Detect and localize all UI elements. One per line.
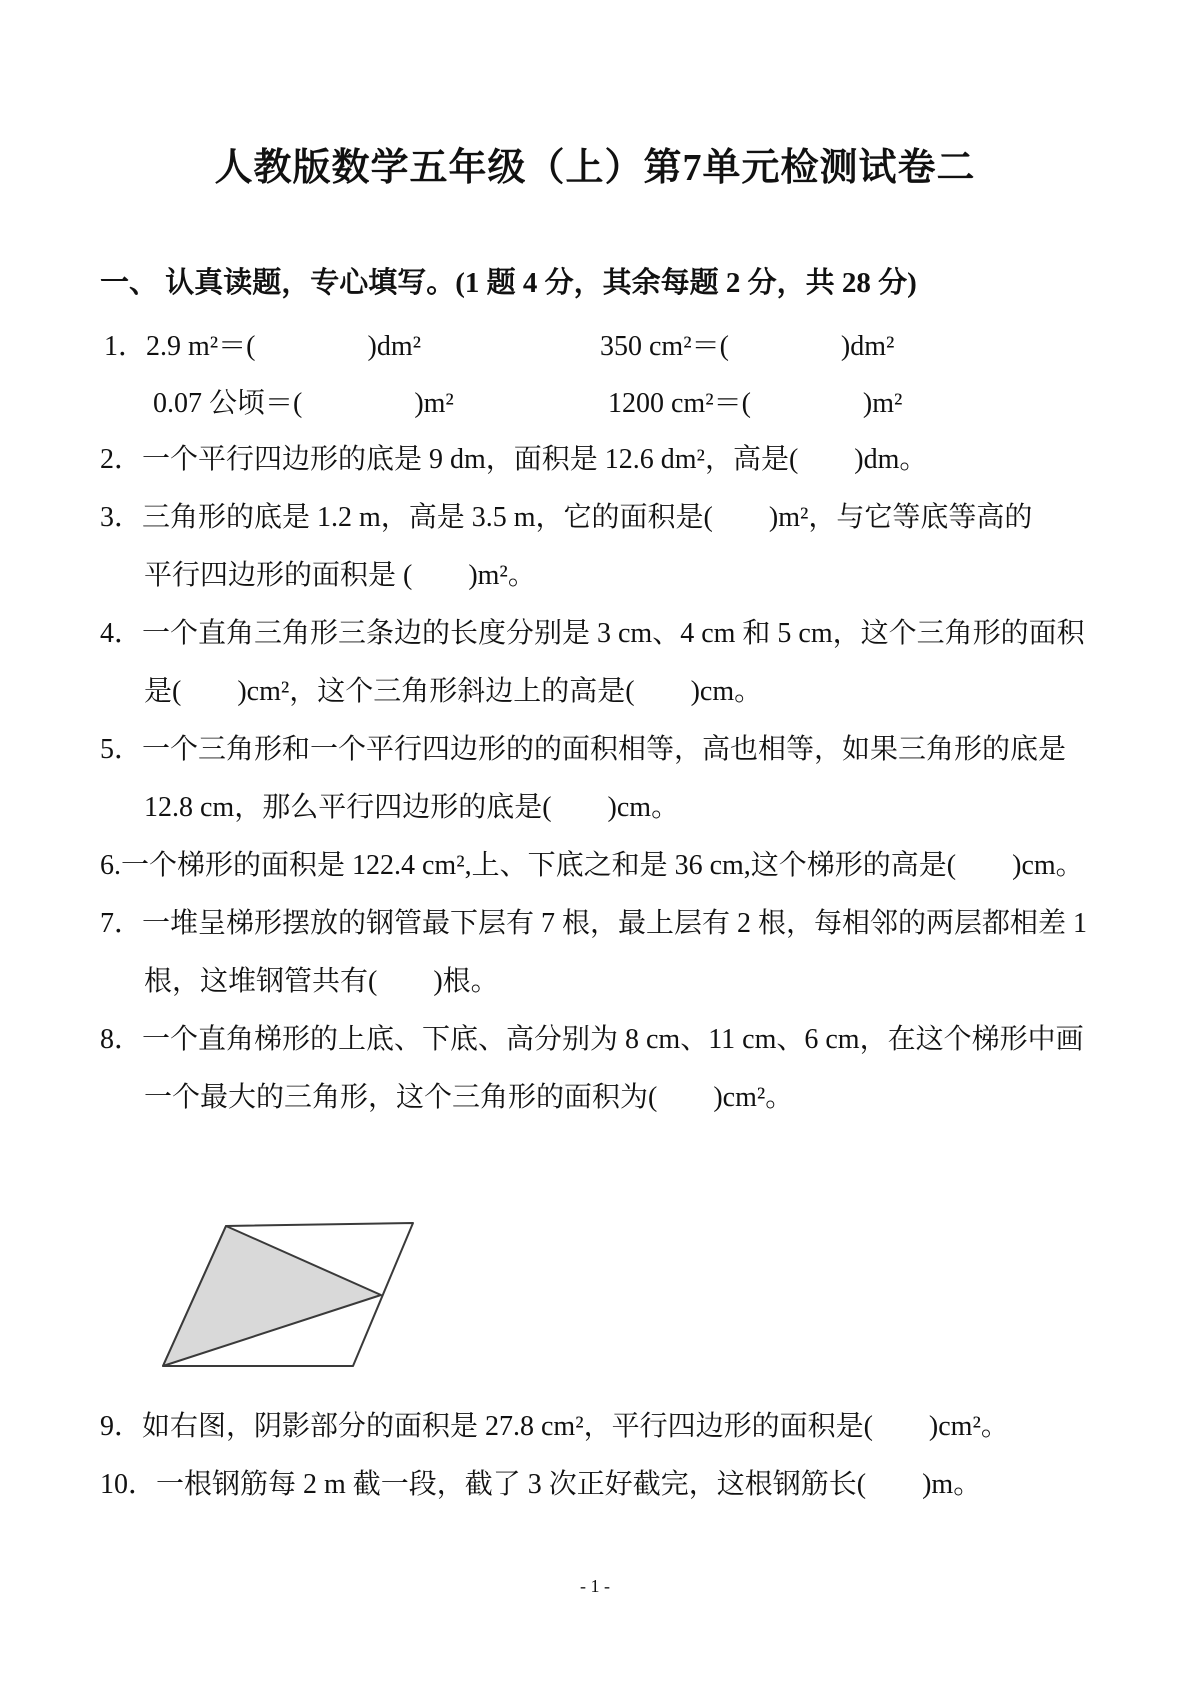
question-8-line-2: 一个最大的三角形，这个三角形的面积为( )cm²。 [144,1081,793,1115]
test-paper-page: 人教版数学五年级（上）第7单元检测试卷二 一、 认真读题，专心填写。(1 题 4… [0,0,1190,1682]
question-1-line-2-right: 1200 cm²＝( )m² [608,387,902,421]
question-1-line-2-left: 0.07 公顷＝( )m² [153,387,454,421]
question-3-line-2: 平行四边形的面积是 ( )m²。 [144,559,536,593]
question-7-line-1: 7．一堆呈梯形摆放的钢管最下层有 7 根，最上层有 2 根，每相邻的两层都相差 … [100,907,1087,941]
question-4-line-1: 4．一个直角三角形三条边的长度分别是 3 cm、4 cm 和 5 cm，这个三角… [100,617,1085,651]
question-9-line-1: 9．如右图，阴影部分的面积是 27.8 cm²，平行四边形的面积是( )cm²。 [100,1410,1009,1444]
question-10-line-1: 10．一根钢筋每 2 m 截一段，截了 3 次正好截完，这根钢筋长( )m。 [100,1468,981,1502]
question-2-line-1: 2．一个平行四边形的底是 9 dm，面积是 12.6 dm²，高是( )dm。 [100,443,927,477]
question-7-line-2: 根，这堆钢管共有( )根。 [144,965,499,999]
question-9-figure [148,1216,438,1376]
page-number: - 1 - [0,1576,1190,1597]
question-3-line-1: 3．三角形的底是 1.2 m，高是 3.5 m，它的面积是( )m²，与它等底等… [100,501,1032,535]
question-6-line-1: 6.一个梯形的面积是 122.4 cm²,上、下底之和是 36 cm,这个梯形的… [100,849,1084,883]
parallelogram-figure-svg [148,1216,438,1376]
question-1-line-1-left: 1．2.9 m²＝( )dm² [104,330,421,364]
page-title: 人教版数学五年级（上）第7单元检测试卷二 [0,136,1190,191]
question-5-line-2: 12.8 cm，那么平行四边形的底是( )cm。 [144,791,679,825]
question-8-line-1: 8．一个直角梯形的上底、下底、高分别为 8 cm、11 cm、6 cm，在这个梯… [100,1023,1084,1057]
question-1-line-1-right: 350 cm²＝( )dm² [600,330,894,364]
question-5-line-1: 5．一个三角形和一个平行四边形的的面积相等，高也相等，如果三角形的底是 [100,733,1066,767]
question-4-line-2: 是( )cm²，这个三角形斜边上的高是( )cm。 [144,675,762,709]
section-1-heading: 一、 认真读题，专心填写。(1 题 4 分，其余每题 2 分，共 28 分) [100,260,917,301]
